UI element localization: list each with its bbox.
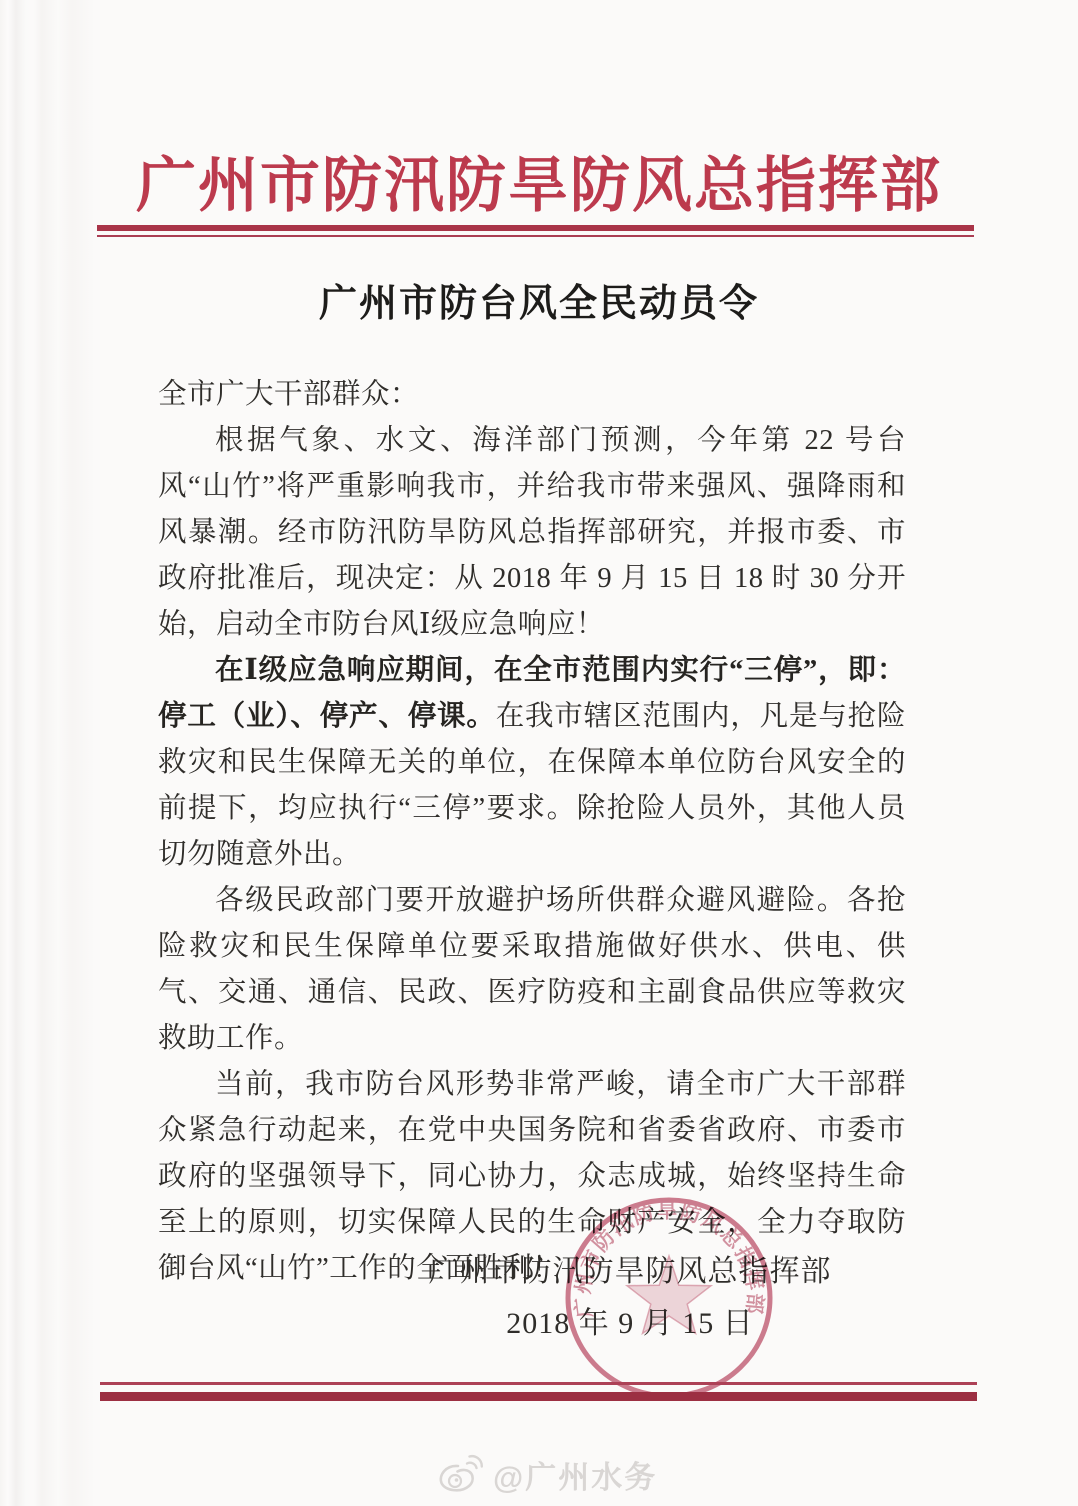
scan-edge-artifacts: [0, 0, 100, 1506]
signature-org: 广州市防汛防旱防风总指挥部: [350, 1246, 910, 1298]
paragraph: 在Ⅰ级应急响应期间，在全市范围内实行“三停”，即：停工（业）、停产、停课。在我市…: [158, 648, 906, 878]
document-title: 广州市防台风全民动员令: [0, 272, 1078, 327]
paragraph-segment: 根据气象、水文、海洋部门预测，今年第 22 号台风“山竹”将严重影响我市，并给我…: [158, 425, 906, 640]
document-body: 全市广大干部群众： 根据气象、水文、海洋部门预测，今年第 22 号台风“山竹”将…: [158, 372, 906, 1292]
watermark: @广州水务: [436, 1452, 657, 1497]
watermark-text: @广州水务: [493, 1452, 657, 1497]
signature-block: 广州市防汛防旱防风总指挥部 2018 年 9 月 15 日: [350, 1246, 910, 1350]
footer-rule: [100, 1382, 977, 1401]
header-rule-thin-line: [97, 235, 974, 237]
paragraphs-container: 根据气象、水文、海洋部门预测，今年第 22 号台风“山竹”将严重影响我市，并给我…: [158, 418, 906, 1292]
salutation: 全市广大干部群众：: [158, 372, 906, 418]
header-rule-thick-line: [97, 225, 974, 231]
weibo-icon: [436, 1454, 484, 1496]
header-rule: [97, 225, 974, 237]
footer-rule-thin-line: [100, 1382, 977, 1385]
signature-date: 2018 年 9 月 15 日: [350, 1298, 910, 1350]
footer-rule-thick-line: [100, 1392, 977, 1401]
paragraph-segment: 各级民政部门要开放避护场所供群众避风避险。各抢险救灾和民生保障单位要采取措施做好…: [158, 885, 906, 1054]
paragraph: 根据气象、水文、海洋部门预测，今年第 22 号台风“山竹”将严重影响我市，并给我…: [158, 418, 906, 648]
agency-header-title: 广州市防汛防旱防风总指挥部: [0, 138, 1078, 224]
paragraph: 各级民政部门要开放避护场所供群众避风避险。各抢险救灾和民生保障单位要采取措施做好…: [158, 878, 906, 1062]
